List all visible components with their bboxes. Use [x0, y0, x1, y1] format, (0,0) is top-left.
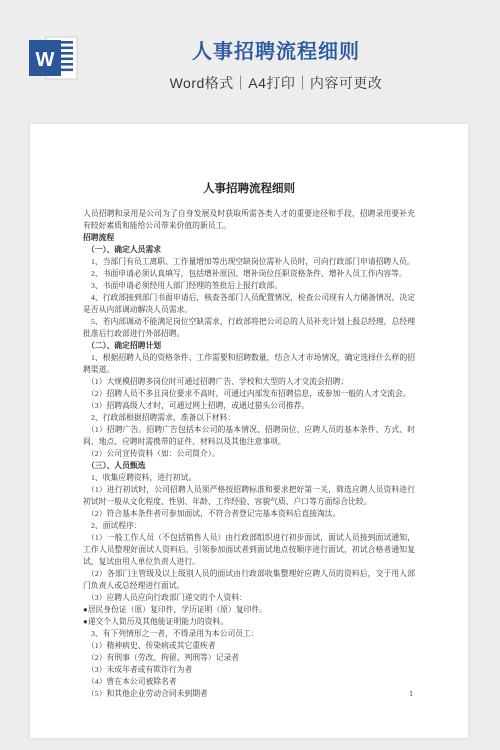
page-number: 1 [409, 689, 413, 698]
document-body: 人员招聘和录用是公司为了自身发展及时获取所需各类人才的重要途径和手段，招聘录用要… [83, 208, 415, 700]
header-text-block: 人事招聘流程细则 Word格式｜A4打印｜内容可更改 [52, 0, 500, 93]
doc-paragraph: （1）招聘广告。招聘广告包括本公司的基本情况、招聘岗位、应聘人员的基本条件、方式… [83, 424, 415, 448]
document-title: 人事招聘流程细则 [83, 182, 415, 197]
doc-paragraph: （3）应聘人员应向行政部门递交的个人资料： [83, 592, 415, 604]
doc-paragraph: （5）和其他企业劳动合同未到期者 [83, 688, 415, 700]
doc-paragraph: 4、行政部接到部门书面申请后，核查各部门人员配置情况，检查公司现有人力储备情况，… [83, 292, 415, 316]
doc-paragraph: （1）进行初试时，公司招聘人员须严格按招聘标准和要求把好第一关，筛选应聘人员资料… [83, 484, 415, 508]
doc-paragraph: ●居民身份证（原）复印件，学历证明（原）复印件。 [83, 604, 415, 616]
doc-paragraph: （2）招聘人员不多且岗位要求不高时，可通过内部发布招聘信息，或参加一般的人才交流… [83, 388, 415, 400]
document-page-inner: 人事招聘流程细则 人员招聘和录用是公司为了自身发展及时获取所需各类人才的重要途径… [30, 124, 468, 700]
doc-paragraph: （3）未成年者或有欺诈行为者 [83, 664, 415, 676]
preview-subtitle: Word格式｜A4打印｜内容可更改 [52, 73, 500, 93]
doc-paragraph: 2、行政部根据招聘需求，准备以下材料： [83, 412, 415, 424]
word-file-icon: W [29, 36, 79, 82]
doc-paragraph: （2）有刑事（劳改、拘留、判刑等）记录者 [83, 652, 415, 664]
document-page: 人事招聘流程细则 人员招聘和录用是公司为了自身发展及时获取所需各类人才的重要途径… [30, 124, 468, 738]
doc-paragraph: （3）招聘高级人才时，可通过网上招聘，或通过猎头公司推荐。 [83, 400, 415, 412]
doc-paragraph: 3、有下列情形之一者，不得录用为本公司员工： [83, 628, 415, 640]
preview-header: W 人事招聘流程细则 Word格式｜A4打印｜内容可更改 [0, 0, 500, 124]
doc-paragraph: （三）、人员甄选 [83, 460, 415, 472]
doc-paragraph: （二）、确定招聘计划 [83, 340, 415, 352]
doc-paragraph: （4）曾在本公司被除名者 [83, 676, 415, 688]
doc-paragraph: （2）符合基本条件者可参加面试，不符合者登记完基本资料后直接淘汰。 [83, 508, 415, 520]
doc-paragraph: 5、若内部调动不能满足岗位空缺需求，行政部将把公司总的人员补充计划上报总经理，总… [83, 316, 415, 340]
doc-paragraph: （2）各部门主管级及以上级别人员的面试由行政部收集整理好应聘人员的资料后，交于用… [83, 568, 415, 592]
doc-paragraph: （一）、确定人员需求 [83, 244, 415, 256]
doc-paragraph: 1、收集应聘资料，进行初试。 [83, 472, 415, 484]
svg-text:W: W [36, 49, 55, 71]
doc-paragraph: （1）大规模招聘多岗位时可通过招聘广告、学校和大型的人才交流会招聘； [83, 376, 415, 388]
doc-paragraph: 2、书面申请必须认真填写，包括增补原因、增补岗位任职资格条件、增补人员工作内容等… [83, 268, 415, 280]
doc-paragraph: （2）公司宣传资料（如：公司简介）。 [83, 448, 415, 460]
doc-paragraph: （1）精神病史、传染病或其它重疾者 [83, 640, 415, 652]
doc-paragraph: 1、当部门有员工离职、工作量增加等出现空缺岗位需补人员时，可向行政部门申请招聘人… [83, 256, 415, 268]
doc-paragraph: 人员招聘和录用是公司为了自身发展及时获取所需各类人才的重要途径和手段，招聘录用要… [83, 208, 415, 232]
doc-paragraph: 招聘流程 [83, 232, 415, 244]
doc-paragraph: 2、面试程序： [83, 520, 415, 532]
doc-paragraph: 3、书面申请必须经用人部门经理的签批后上报行政部。 [83, 280, 415, 292]
doc-paragraph: 1、根据招聘人员的资格条件、工作需要和招聘数量，结合人才市场情况，确定选择什么样… [83, 352, 415, 376]
doc-paragraph: （1）一般工作人员（不包括销售人员）由行政部组织进行初步面试，面试人员接到面试通… [83, 532, 415, 568]
doc-paragraph: ●递交个人简历及其他能证明能力的资料。 [83, 616, 415, 628]
preview-title: 人事招聘流程细则 [52, 40, 500, 64]
